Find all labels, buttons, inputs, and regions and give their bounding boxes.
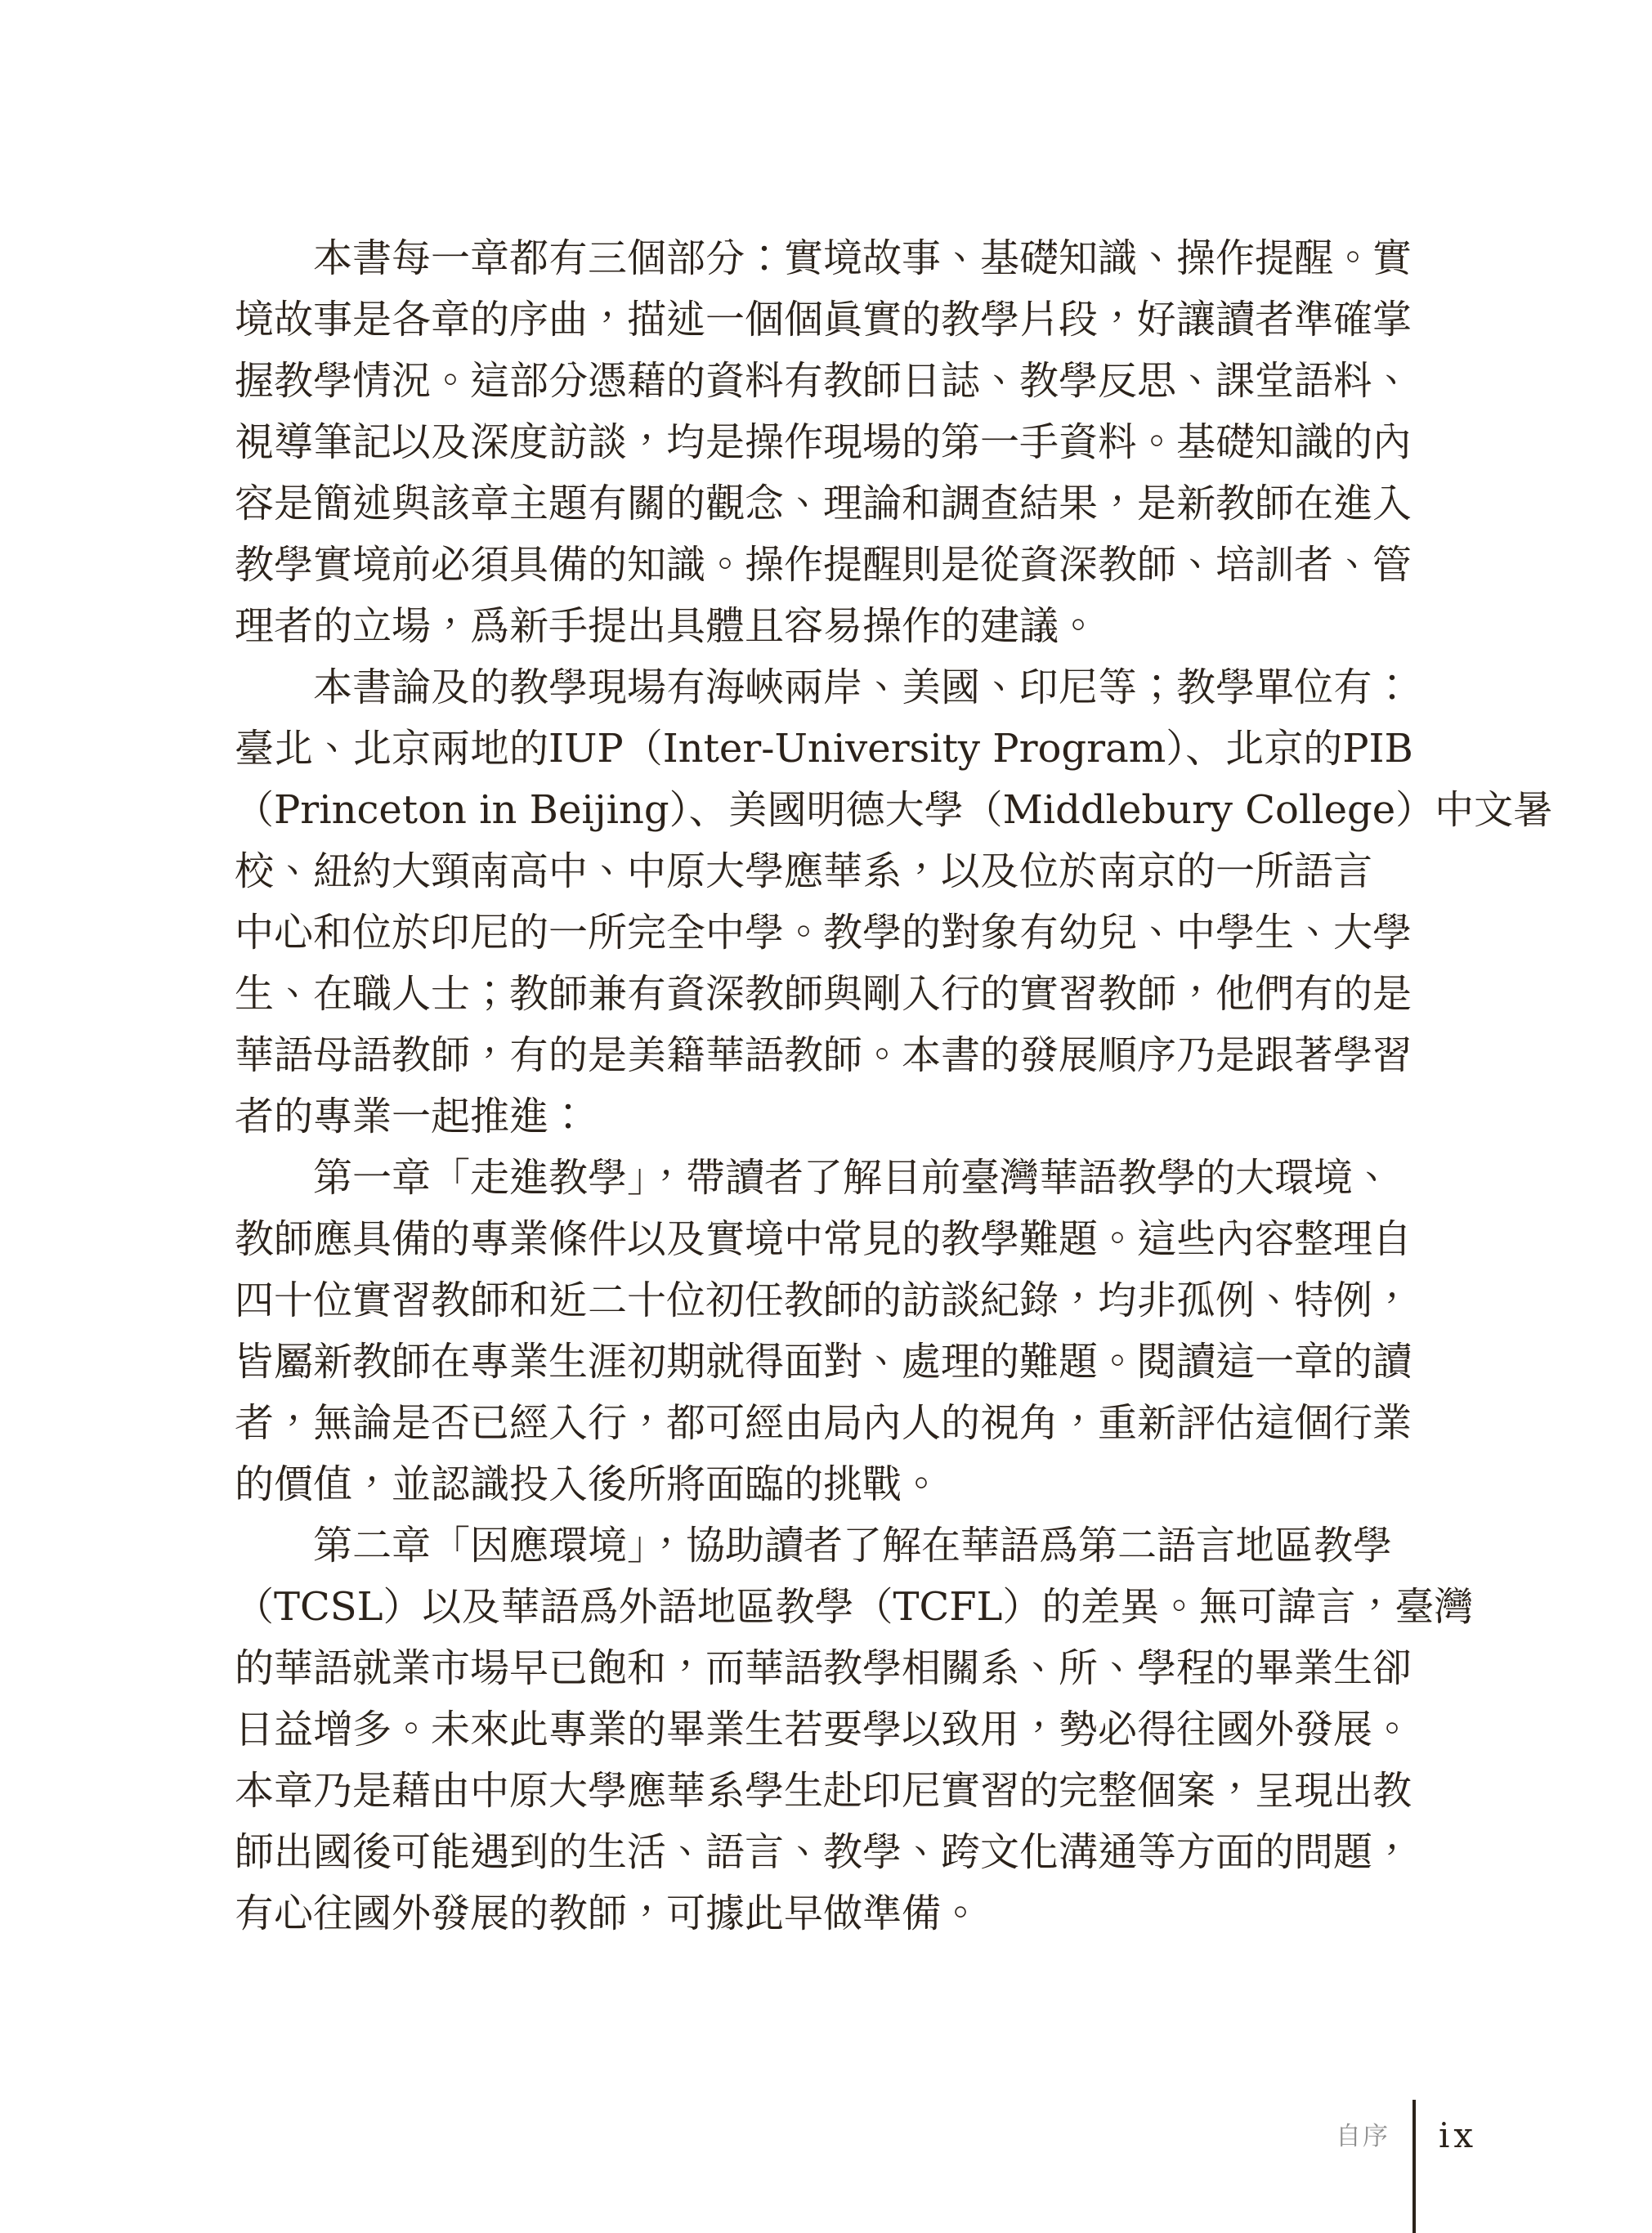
paragraph-teaching-sites: 本書論及的教學現場有海峽兩岸、美國、印尼等；教學單位有： 臺北、北京兩地的IUP…	[235, 657, 1420, 1148]
paragraph-chapter-one: 第一章「走進教學」，帶讀者了解目前臺灣華語教學的大環境、 教師應具備的專業條件以…	[235, 1148, 1420, 1515]
paragraph-chapter-two: 第二章「因應環境」，協助讀者了解在華語爲第二語言地區教學 （TCSL）以及華語爲…	[235, 1515, 1420, 1944]
book-page: 本書每一章都有三個部分：實境故事、基礎知識、操作提醒。實 境故事是各章的序曲，描…	[0, 0, 1652, 2233]
preface-body-text: 本書每一章都有三個部分：實境故事、基礎知識、操作提醒。實 境故事是各章的序曲，描…	[235, 228, 1420, 1944]
paragraph-book-structure: 本書每一章都有三個部分：實境故事、基礎知識、操作提醒。實 境故事是各章的序曲，描…	[235, 228, 1420, 657]
footer-divider-line	[1412, 2100, 1416, 2233]
page-number: ix	[1439, 2117, 1477, 2155]
footer-section-label: 自序	[1336, 2122, 1390, 2151]
